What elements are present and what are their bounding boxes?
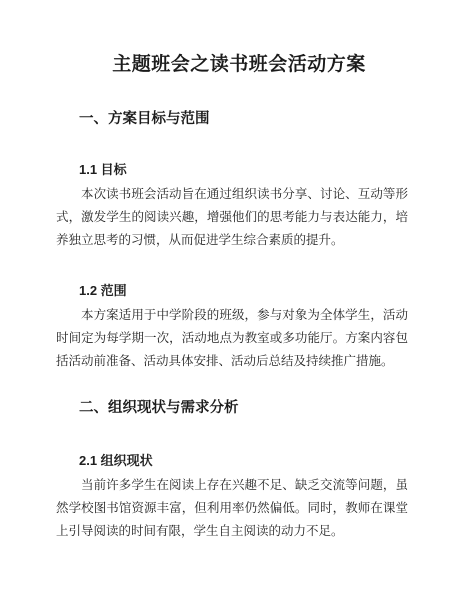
document-page: 主题班会之读书班会活动方案 一、方案目标与范围 1.1 目标 本次读书班会活动旨…	[0, 0, 463, 600]
subsection-heading-org-status: 2.1 组织现状	[56, 452, 408, 470]
section-plan-goals-scope: 一、方案目标与范围 1.1 目标 本次读书班会活动旨在通过组织读书分享、讨论、互…	[56, 109, 408, 373]
section-heading-status-needs: 二、组织现状与需求分析	[56, 398, 408, 418]
subsection-heading-goal: 1.1 目标	[56, 161, 408, 179]
subsection-heading-scope: 1.2 范围	[56, 282, 408, 300]
paragraph-goal: 本次读书班会活动旨在通过组织读书分享、讨论、互动等形式，激发学生的阅读兴趣，增强…	[56, 183, 408, 252]
section-heading-goals-scope: 一、方案目标与范围	[56, 109, 408, 129]
document-title: 主题班会之读书班会活动方案	[56, 52, 408, 78]
paragraph-org-status: 当前许多学生在阅读上存在兴趣不足、缺乏交流等问题，虽然学校图书馆资源丰富，但利用…	[56, 474, 408, 543]
section-status-needs-analysis: 二、组织现状与需求分析 2.1 组织现状 当前许多学生在阅读上存在兴趣不足、缺乏…	[56, 398, 408, 543]
paragraph-scope: 本方案适用于中学阶段的班级，参与对象为全体学生，活动时间定为每学期一次，活动地点…	[56, 304, 408, 373]
